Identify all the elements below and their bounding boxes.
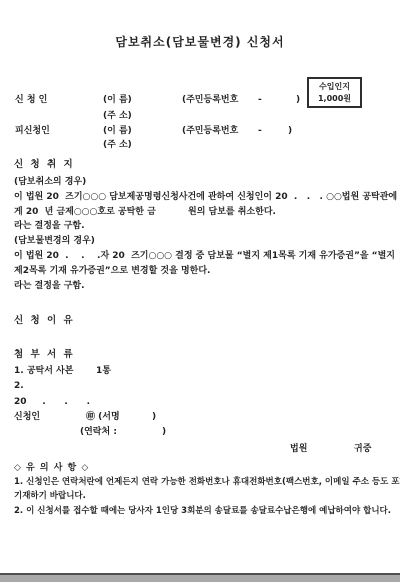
window-bottom-edge — [0, 573, 400, 582]
respondent-address-label: (주 소) — [103, 140, 132, 150]
attachment-item-1: 1. 공탁서 사본 — [14, 366, 73, 376]
respondent-name-label: (이 름) — [103, 126, 132, 136]
contact-close-paren: ) — [162, 427, 166, 437]
respondent-rrn-label: (주민등록번호 — [182, 126, 238, 136]
note-1-line-1: 1. 신청인은 연락처란에 언제든지 연락 가능한 전화번호나 휴대전화번호(팩… — [14, 477, 400, 487]
respondent-label: 피신청인 — [15, 126, 50, 136]
applicant-label: 신 청 인 — [15, 95, 47, 105]
note-1-line-2: 기재하기 바랍니다. — [14, 491, 86, 501]
case2-label: (담보물변경의 경우) — [14, 236, 95, 246]
request-line-2: 라는 결정을 구함. — [14, 281, 85, 291]
stamp-label: 수입인지 — [319, 82, 350, 91]
applicant-rrn-label: (주민등록번호 — [182, 95, 238, 105]
reason-heading: 신 청 이 유 — [14, 316, 75, 326]
attachment-item-1-count: 1통 — [96, 366, 111, 376]
case1-line1: 이 법원 20 즈기○○○ 담보제공명령신청사건에 관하여 신청인이 20 . … — [14, 192, 397, 202]
case2-line2: 제2목록 기재 유가증권”으로 변경할 것을 명한다. — [14, 266, 210, 276]
signer-label: 신청인 — [14, 412, 40, 422]
case1-line2-left: 게 20 년 금제○○○호로 공탁한 금 — [14, 207, 156, 217]
purpose-heading: 신 청 취 지 — [14, 160, 75, 170]
applicant-address-label: (주 소) — [103, 111, 132, 121]
court-honorific: 귀중 — [354, 444, 371, 454]
notes-heading: ◇ 유 의 사 항 ◇ — [14, 463, 89, 473]
court-name-suffix: 법원 — [290, 444, 307, 454]
respondent-rrn-close: ) — [288, 126, 292, 136]
form-title: 담보취소(담보물변경) 신청서 — [0, 33, 400, 50]
document-page: 담보취소(담보물변경) 신청서 수입인지 1,000원 신 청 인 (이 름) … — [0, 0, 400, 582]
seal-and-sign-label: ㊞ (서명 — [86, 412, 120, 422]
attachments-heading: 첨 부 서 류 — [14, 350, 75, 360]
attachment-item-2: 2. — [14, 381, 24, 391]
applicant-rrn-close: ) — [296, 95, 300, 105]
respondent-rrn-dash: - — [258, 126, 262, 136]
date-line: 20 . . . — [14, 397, 90, 407]
request-line-1: 라는 결정을 구함. — [14, 221, 85, 231]
case1-label: (담보취소의 경우) — [14, 177, 86, 187]
note-2: 2. 이 신청서를 접수할 때에는 당사자 1인당 3회분의 송달료를 송달료수… — [14, 506, 391, 516]
applicant-rrn-dash: - — [258, 95, 262, 105]
sign-close-paren: ) — [152, 412, 156, 422]
case1-line2-right: 원의 담보를 취소한다. — [188, 207, 276, 217]
case2-line1: 이 법원 20 . . .자 20 즈기○○○ 결정 중 담보물 “별지 제1목… — [14, 251, 395, 261]
revenue-stamp-box: 수입인지 1,000원 — [307, 77, 362, 108]
contact-label: (연락처 : — [80, 427, 117, 437]
stamp-amount: 1,000원 — [318, 94, 351, 103]
applicant-name-label: (이 름) — [103, 95, 132, 105]
